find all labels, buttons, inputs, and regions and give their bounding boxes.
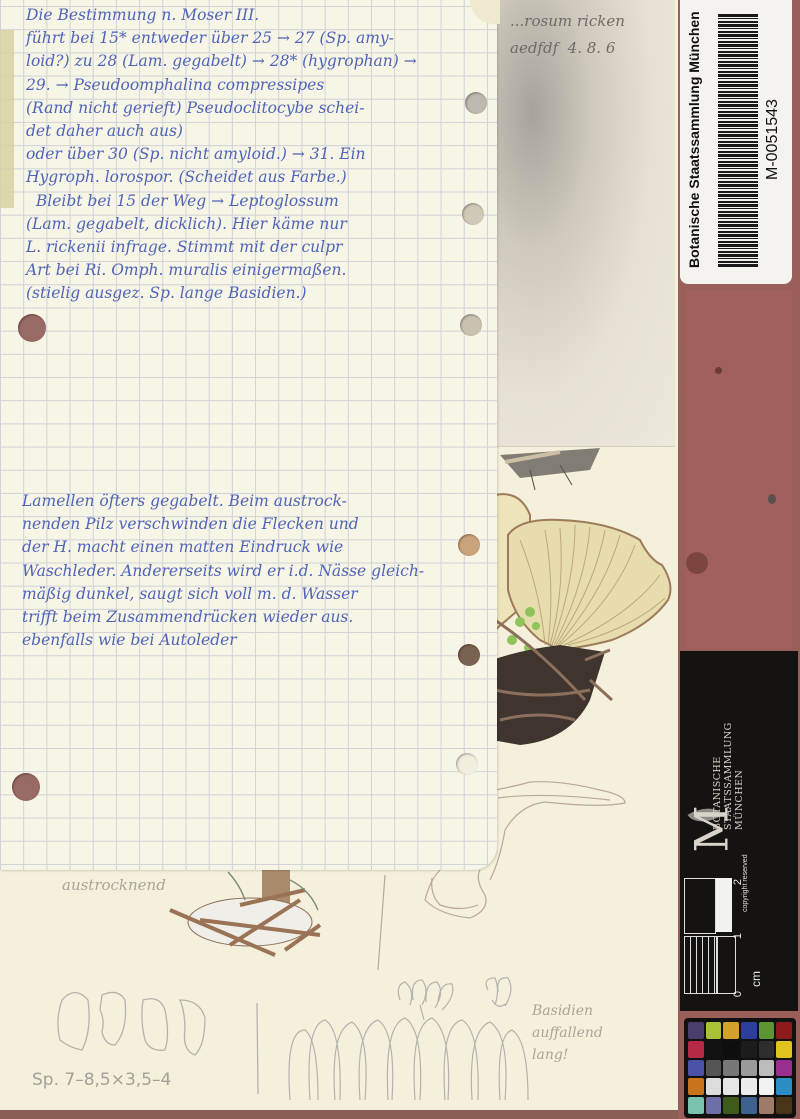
tape-strip bbox=[0, 30, 14, 208]
punch-hole bbox=[18, 314, 46, 342]
color-patch bbox=[723, 1097, 739, 1114]
note-line: der H. macht einen matten Eindruck wie bbox=[22, 536, 424, 559]
color-patch bbox=[759, 1041, 775, 1058]
color-patch bbox=[741, 1078, 757, 1095]
stain-spot bbox=[715, 367, 722, 374]
punch-hole bbox=[456, 753, 478, 775]
note-line: Waschleder. Andererseits wird er i.d. Nä… bbox=[22, 560, 424, 583]
copyright-notice: copyright reserved bbox=[742, 854, 749, 912]
note-line: (Lam. gegabelt, dicklich). Hier käme nur bbox=[26, 213, 417, 236]
barcode[interactable] bbox=[718, 14, 758, 268]
stain-spot bbox=[686, 552, 708, 574]
note-line: nenden Pilz verschwinden die Flecken und bbox=[22, 513, 424, 536]
color-patch bbox=[706, 1060, 722, 1077]
color-patch bbox=[776, 1078, 792, 1095]
punch-hole bbox=[462, 203, 484, 225]
caption-drying: austrocknend bbox=[62, 876, 166, 894]
color-patch bbox=[741, 1097, 757, 1114]
scale-bar-segment bbox=[716, 936, 736, 994]
color-patch bbox=[688, 1078, 704, 1095]
color-patch bbox=[706, 1078, 722, 1095]
note-line: Hygroph. lorospor. (Scheidet aus Farbe.) bbox=[26, 166, 417, 189]
packet-label-line: aedfdf 4. 8. 6 bbox=[510, 39, 615, 57]
color-patch bbox=[776, 1022, 792, 1039]
punch-hole bbox=[465, 92, 487, 114]
note-line: (Rand nicht gerieft) Pseudoclitocybe sch… bbox=[26, 97, 417, 120]
logo-text: BOTANISCHE STAATSSAMMLUNG MÜNCHEN bbox=[712, 722, 745, 830]
color-patch bbox=[706, 1041, 722, 1058]
punch-hole bbox=[458, 534, 480, 556]
color-patch bbox=[759, 1097, 775, 1114]
note-line: mäßig dunkel, saugt sich voll m. d. Wass… bbox=[22, 583, 424, 606]
color-patch bbox=[741, 1060, 757, 1077]
logo-line: STAATSSAMMLUNG bbox=[723, 722, 734, 830]
note-line: 29. → Pseudoomphalina compressipes bbox=[26, 74, 417, 97]
color-patch bbox=[776, 1097, 792, 1114]
specimen-packet[interactable] bbox=[496, 0, 675, 447]
specimen-id: M-0051543 bbox=[764, 99, 782, 180]
color-patch bbox=[741, 1041, 757, 1058]
punch-hole bbox=[460, 314, 482, 336]
color-patch bbox=[723, 1078, 739, 1095]
scale-bar-black bbox=[684, 878, 716, 934]
logo-line: MÜNCHEN bbox=[734, 770, 745, 830]
stain-spot bbox=[768, 494, 776, 504]
note-line: det daher auch aus) bbox=[26, 120, 417, 143]
color-patch bbox=[776, 1041, 792, 1058]
color-patch bbox=[688, 1041, 704, 1058]
basidia-note-line: auffallend bbox=[532, 1025, 603, 1041]
sheet-bottom-edge bbox=[0, 1110, 690, 1119]
herbarium-sheet: austrocknend Sp. 7–8,5×3,5–4 Basidien au… bbox=[0, 0, 800, 1119]
color-patch bbox=[723, 1022, 739, 1039]
note-line: L. rickenii infrage. Stimmt mit der culp… bbox=[26, 236, 417, 259]
punch-hole bbox=[12, 773, 40, 801]
color-checker bbox=[684, 1018, 796, 1118]
note-line: Bleibt bei 15 der Weg → Leptoglossum bbox=[26, 190, 417, 213]
note-line: loid?) zu 28 (Lam. gegabelt) → 28* (hygr… bbox=[26, 50, 417, 73]
note-paragraph-1: Die Bestimmung n. Moser III.führt bei 15… bbox=[26, 4, 417, 306]
packet-label: ...rosum ricken aedfdf 4. 8. 6 bbox=[510, 8, 625, 62]
color-patch bbox=[706, 1097, 722, 1114]
note-paragraph-2: Lamellen öfters gegabelt. Beim austrock-… bbox=[22, 490, 424, 652]
note-line: führt bei 15* entweder über 25 → 27 (Sp.… bbox=[26, 27, 417, 50]
packet-label-line: ...rosum ricken bbox=[510, 12, 625, 30]
color-patch bbox=[688, 1060, 704, 1077]
note-line: trifft beim Zusammendrücken wieder aus. bbox=[22, 606, 424, 629]
color-patch bbox=[723, 1060, 739, 1077]
color-patch bbox=[688, 1097, 704, 1114]
scale-tick-label: 0 bbox=[732, 991, 744, 997]
punch-hole bbox=[458, 644, 480, 666]
color-patch bbox=[706, 1022, 722, 1039]
basidia-note: Basidien auffallend lang! bbox=[532, 1000, 603, 1066]
logo-line: BOTANISCHE bbox=[712, 756, 723, 830]
color-patch bbox=[776, 1060, 792, 1077]
color-patch bbox=[759, 1060, 775, 1077]
color-patch bbox=[759, 1078, 775, 1095]
basidia-note-line: Basidien bbox=[532, 1003, 593, 1019]
basidia-note-line: lang! bbox=[532, 1047, 568, 1063]
scale-unit: cm bbox=[749, 971, 763, 987]
note-line: Die Bestimmung n. Moser III. bbox=[26, 4, 417, 27]
color-patch bbox=[688, 1022, 704, 1039]
note-line: oder über 30 (Sp. nicht amyloid.) → 31. … bbox=[26, 143, 417, 166]
note-line: (stielig ausgez. Sp. lange Basidien.) bbox=[26, 282, 417, 305]
mount-strip-panel bbox=[686, 290, 792, 648]
note-line: ebenfalls wie bei Autoleder bbox=[22, 629, 424, 652]
color-patch bbox=[723, 1041, 739, 1058]
note-line: Art bei Ri. Omph. muralis einigermaßen. bbox=[26, 259, 417, 282]
color-patch bbox=[741, 1022, 757, 1039]
color-patch bbox=[759, 1022, 775, 1039]
note-line: Lamellen öfters gegabelt. Beim austrock- bbox=[22, 490, 424, 513]
spore-size-caption: Sp. 7–8,5×3,5–4 bbox=[32, 1070, 171, 1090]
scale-bar-mm-ticks bbox=[684, 936, 718, 994]
institution-name: Botanische Staatssammlung München bbox=[686, 0, 702, 268]
scale-tick-label: 1 bbox=[732, 933, 744, 939]
